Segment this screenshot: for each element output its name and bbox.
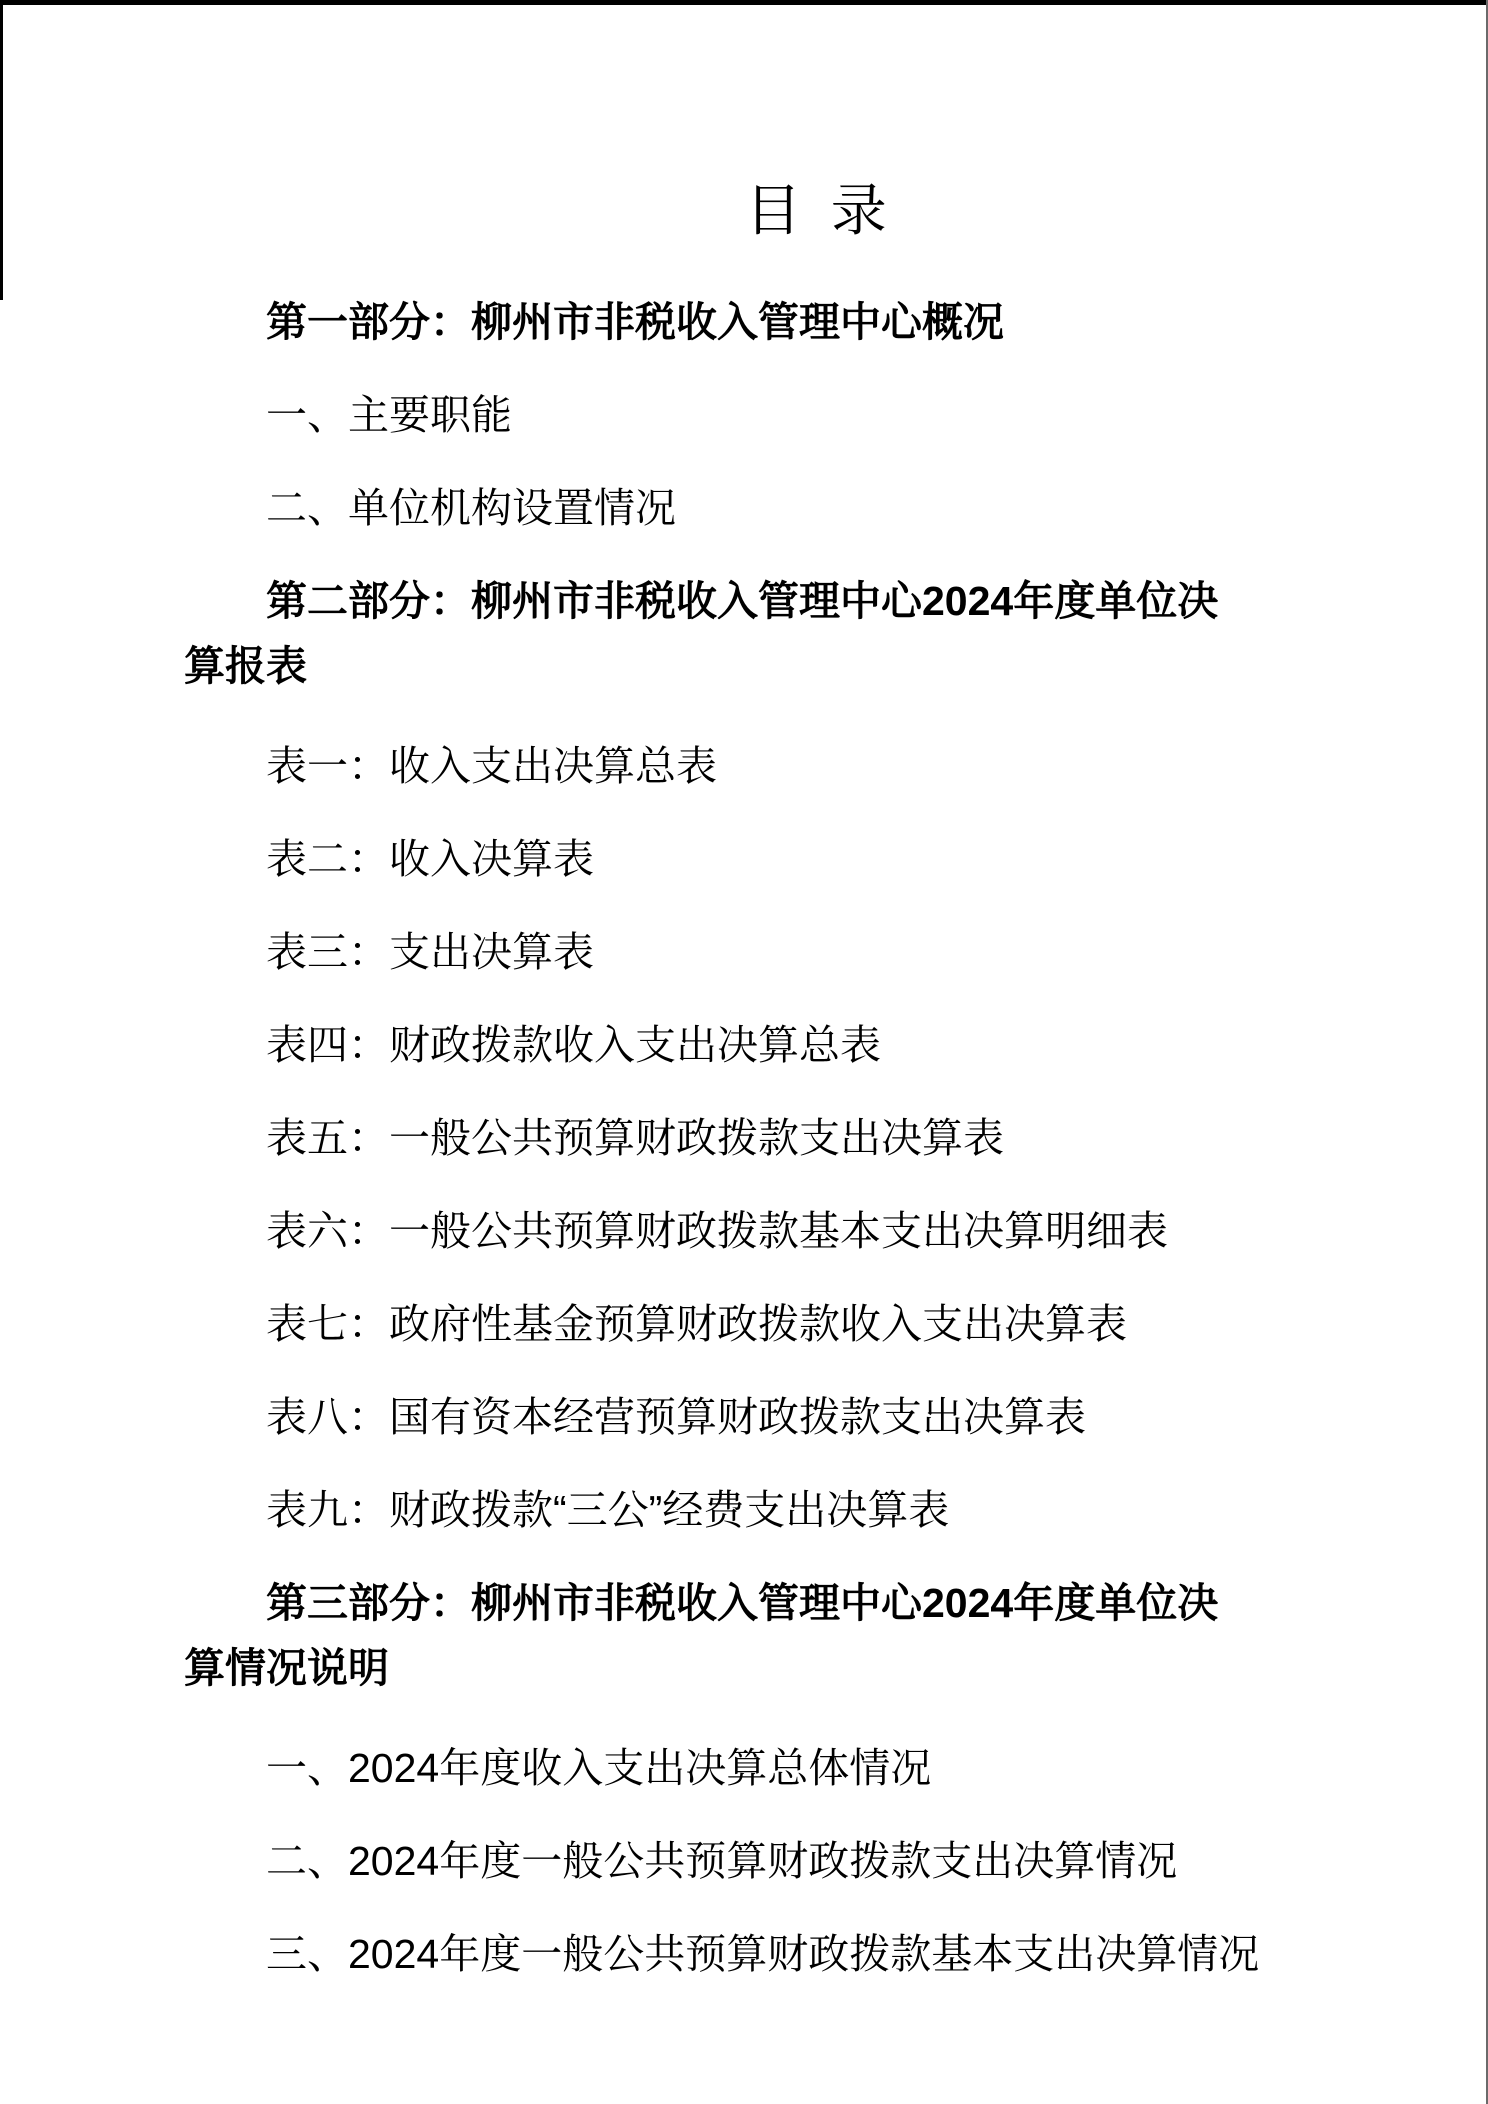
part3-heading-line2: 算情况说明 bbox=[184, 1636, 1448, 1701]
part3-heading-line1: 第三部分：柳州市非税收入管理中心2024年度单位决 bbox=[184, 1571, 1448, 1636]
part2-table-3: 表三：支出决算表 bbox=[184, 920, 1448, 985]
part2-heading-line1: 第二部分：柳州市非税收入管理中心2024年度单位决 bbox=[184, 569, 1448, 634]
part3-item-3: 三、2024年度一般公共预算财政拨款基本支出决算情况 bbox=[184, 1922, 1448, 1987]
part3-item-1: 一、2024年度收入支出决算总体情况 bbox=[184, 1736, 1448, 1801]
part1-item-2: 二、单位机构设置情况 bbox=[184, 476, 1448, 541]
part2-table-6: 表六：一般公共预算财政拨款基本支出决算明细表 bbox=[184, 1199, 1448, 1264]
toc-title: 目 录 bbox=[184, 0, 1448, 250]
page-left-edge bbox=[0, 0, 3, 300]
part2-table-9: 表九：财政拨款“三公”经费支出决算表 bbox=[184, 1478, 1448, 1543]
part2-table-5: 表五：一般公共预算财政拨款支出决算表 bbox=[184, 1106, 1448, 1171]
part1-heading: 第一部分：柳州市非税收入管理中心概况 bbox=[184, 290, 1448, 355]
part2-heading-line2: 算报表 bbox=[184, 634, 1448, 699]
document-page: 目 录 第一部分：柳州市非税收入管理中心概况 一、主要职能 二、单位机构设置情况… bbox=[0, 0, 1488, 2104]
toc-content: 目 录 第一部分：柳州市非税收入管理中心概况 一、主要职能 二、单位机构设置情况… bbox=[0, 0, 1488, 1987]
page-top-edge bbox=[0, 0, 1488, 5]
part3-item-2: 二、2024年度一般公共预算财政拨款支出决算情况 bbox=[184, 1829, 1448, 1894]
part2-table-1: 表一：收入支出决算总表 bbox=[184, 734, 1448, 799]
part1-item-1: 一、主要职能 bbox=[184, 383, 1448, 448]
part2-table-8: 表八：国有资本经营预算财政拨款支出决算表 bbox=[184, 1385, 1448, 1450]
part2-table-2: 表二：收入决算表 bbox=[184, 827, 1448, 892]
part2-table-4: 表四：财政拨款收入支出决算总表 bbox=[184, 1013, 1448, 1078]
part2-table-7: 表七：政府性基金预算财政拨款收入支出决算表 bbox=[184, 1292, 1448, 1357]
